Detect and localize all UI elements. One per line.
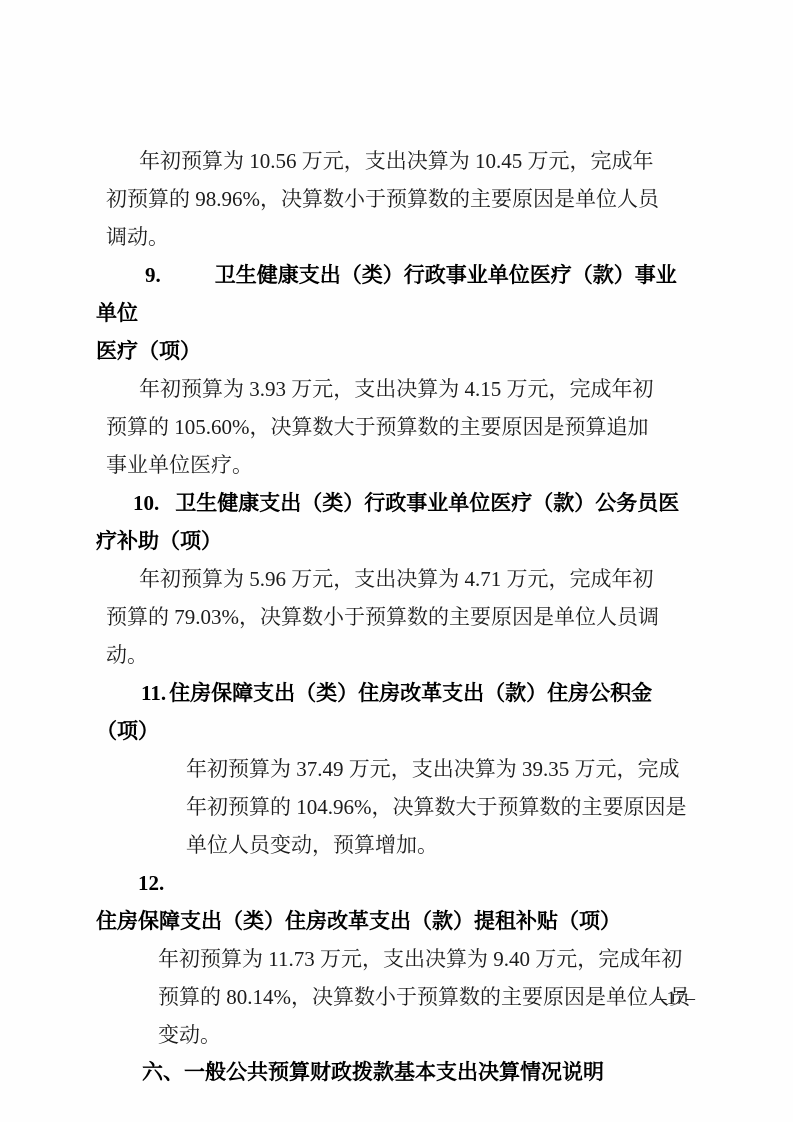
section-heading-9: 9.卫生健康支出（类）行政事业单位医疗（款）事业单位 医疗（项） xyxy=(96,256,690,370)
heading-text: 卫生健康支出（类）行政事业单位医疗（款）公务员医 疗补助（项） xyxy=(96,491,679,553)
section-heading-11: 11.住房保障支出（类）住房改革支出（款）住房公积金（项） xyxy=(96,674,690,750)
paragraph-text: 年初预算为 11.73 万元，支出决算为 9.40 万元，完成年初 预算的 80… xyxy=(158,947,690,1047)
paragraph-text: 年初预算为 5.96 万元，支出决算为 4.71 万元，完成年初 预算的 79.… xyxy=(106,567,659,667)
heading-number: 12. xyxy=(138,871,164,895)
body-paragraph: 年初预算为 3.93 万元，支出决算为 4.15 万元，完成年初 预算的 105… xyxy=(106,370,690,484)
body-paragraph: 年初预算为 11.73 万元，支出决算为 9.40 万元，完成年初 预算的 80… xyxy=(158,940,690,1054)
paragraph-text: 年初预算为 10.56 万元，支出决算为 10.45 万元，完成年 初预算的 9… xyxy=(106,149,659,249)
heading-text: 住房保障支出（类）住房改革支出（款）住房公积金（项） xyxy=(96,681,652,743)
heading-text: 六、一般公共预算财政拨款基本支出决算情况说明 xyxy=(142,1061,604,1084)
paragraph-text: 年初预算为 37.49 万元，支出决算为 39.35 万元，完成 年初预算的 1… xyxy=(186,757,687,857)
page-number: –17– xyxy=(657,986,695,1012)
heading-number: 10. xyxy=(133,491,159,515)
paragraph-text: 年初预算为 3.93 万元，支出决算为 4.15 万元，完成年初 预算的 105… xyxy=(106,377,654,477)
section-heading-six: 六、一般公共预算财政拨款基本支出决算情况说明 xyxy=(96,1054,690,1092)
body-paragraph: 年初预算为 10.56 万元，支出决算为 10.45 万元，完成年 初预算的 9… xyxy=(106,142,690,256)
heading-text: 住房保障支出（类）住房改革支出（款）提租补贴（项） xyxy=(96,909,621,933)
heading-number: 11. xyxy=(141,681,166,705)
section-heading-12: 12.住房保障支出（类）住房改革支出（款）提租补贴（项） xyxy=(96,864,690,940)
document-page: 年初预算为 10.56 万元，支出决算为 10.45 万元，完成年 初预算的 9… xyxy=(0,0,793,1122)
body-paragraph: 年初预算为 37.49 万元，支出决算为 39.35 万元，完成 年初预算的 1… xyxy=(186,750,690,864)
heading-number: 9. xyxy=(145,263,161,287)
body-paragraph: 年初预算为 5.96 万元，支出决算为 4.71 万元，完成年初 预算的 79.… xyxy=(106,560,690,674)
heading-text: 卫生健康支出（类）行政事业单位医疗（款）事业单位 医疗（项） xyxy=(96,263,677,363)
section-heading-10: 10.卫生健康支出（类）行政事业单位医疗（款）公务员医 疗补助（项） xyxy=(96,484,690,560)
